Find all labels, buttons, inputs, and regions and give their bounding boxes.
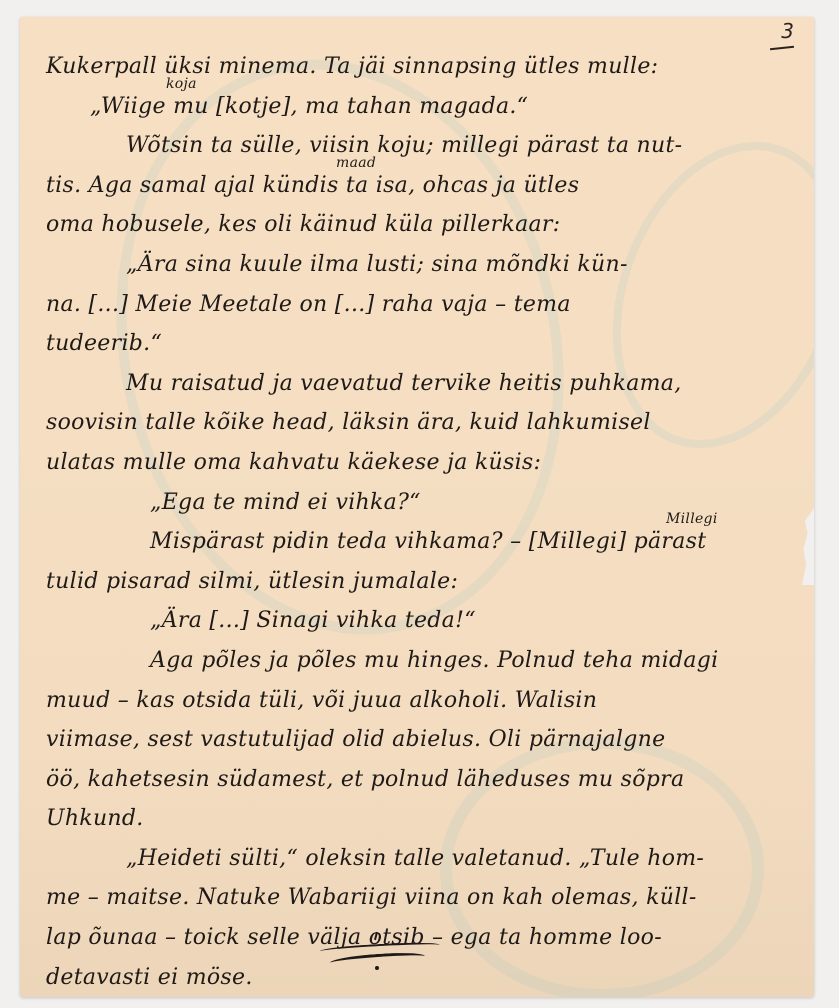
line-content: „Wiige mu [kotje], ma tahan magada.“ xyxy=(90,94,528,119)
text-line: „Ära sina kuule ilma lusti; sina mõndki … xyxy=(46,245,806,285)
text-line: Kukerpall üksi minema. Ta jäi sinnapsing… xyxy=(46,47,806,87)
line-content: Mispärast pidin teda vihkama? – [Millegi… xyxy=(150,529,706,554)
end-flourish xyxy=(310,942,440,972)
text-line: me – maitse. Natuke Wabariigi viina on k… xyxy=(46,878,806,918)
text-line: Aga põles ja põles mu hinges. Polnud teh… xyxy=(46,641,806,681)
interlinear-insertion: maad xyxy=(336,156,376,170)
interlinear-insertion: Millegi xyxy=(666,512,718,526)
text-line: tudeerib.“ xyxy=(46,324,806,364)
text-line: Wõtsin ta sülle, viisin koju; millegi pä… xyxy=(46,126,806,166)
text-line: Uhkund. xyxy=(46,799,806,839)
text-line: soovisin talle kõike head, läksin ära, k… xyxy=(46,403,806,443)
text-line: koja „Wiige mu [kotje], ma tahan magada.… xyxy=(46,87,806,127)
handwritten-text: Kukerpall üksi minema. Ta jäi sinnapsing… xyxy=(46,47,806,997)
text-line: viimase, sest vastutulijad olid abielus.… xyxy=(46,720,806,760)
text-line: „Heideti sülti,“ oleksin talle valetanud… xyxy=(46,839,806,879)
text-line: ulatas mulle oma kahvatu käekese ja küsi… xyxy=(46,443,806,483)
line-content: tis. Aga samal ajal kündis ta isa, ohcas… xyxy=(46,173,579,198)
interlinear-insertion: koja xyxy=(166,77,197,91)
text-line: Millegi Mispärast pidin teda vihkama? – … xyxy=(46,522,806,562)
manuscript-page: 3 Kukerpall üksi minema. Ta jäi sinnapsi… xyxy=(20,17,814,997)
text-line: Mu raisatud ja vaevatud tervike heitis p… xyxy=(46,364,806,404)
text-line: na. [...] Meie Meetale on [...] raha vaj… xyxy=(46,285,806,325)
text-line: öö, kahetsesin südamest, et polnud lähed… xyxy=(46,760,806,800)
text-line: tulid pisarad silmi, ütlesin jumalale: xyxy=(46,562,806,602)
text-line: maad tis. Aga samal ajal kündis ta isa, … xyxy=(46,166,806,206)
text-line: muud – kas otsida tüli, või juua alkohol… xyxy=(46,681,806,721)
page-number: 3 xyxy=(781,19,794,43)
flourish-dot xyxy=(375,966,379,970)
text-line: „Ära [...] Sinagi vihka teda!“ xyxy=(46,601,806,641)
text-line: oma hobusele, kes oli käinud küla piller… xyxy=(46,205,806,245)
